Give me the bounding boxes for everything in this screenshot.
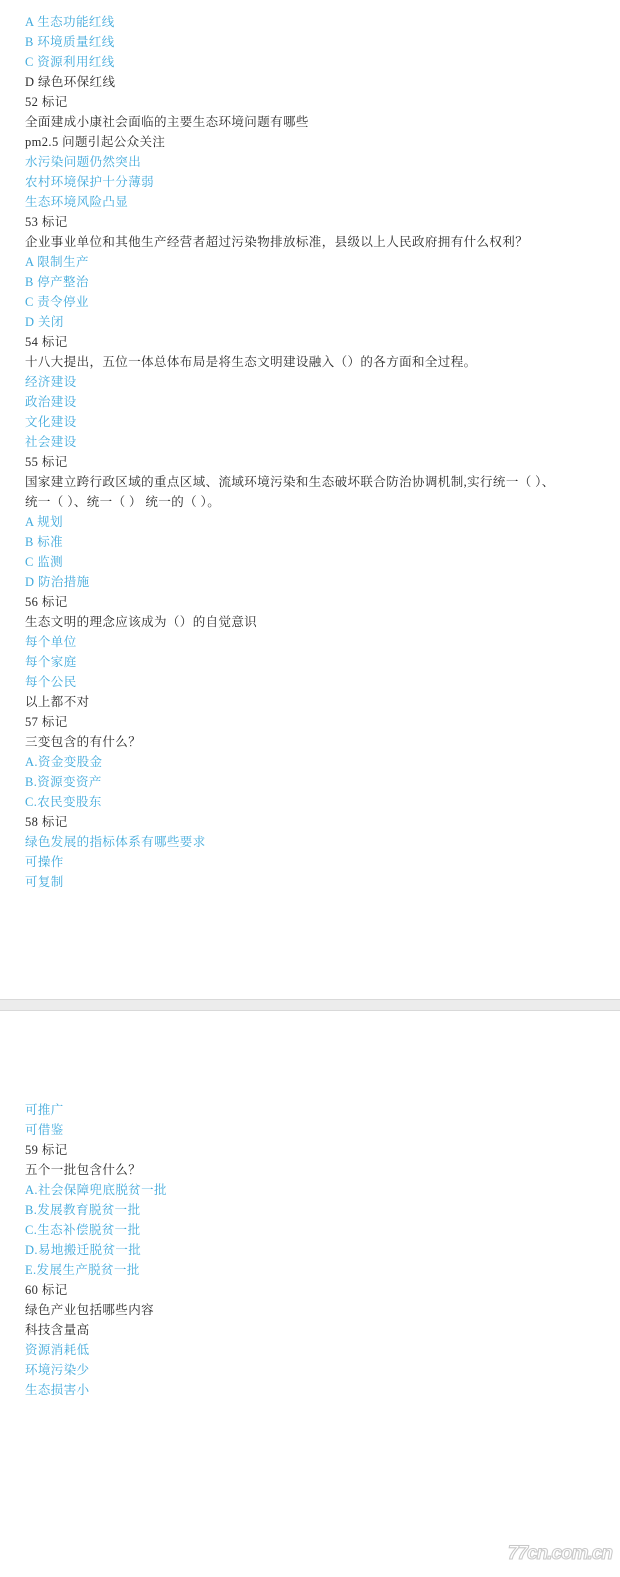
document-line: 社会建设 <box>0 432 620 452</box>
document-line: 每个家庭 <box>0 652 620 672</box>
document-line: 可复制 <box>0 872 620 892</box>
document-line: 52 标记 <box>0 92 620 112</box>
document-line: 五个一批包含什么？ <box>0 1160 620 1180</box>
document-line: 经济建设 <box>0 372 620 392</box>
document-line: C 监测 <box>0 552 620 572</box>
document-line: B 环境质量红线 <box>0 32 620 52</box>
document-line: 水污染问题仍然突出 <box>0 152 620 172</box>
document-line: C.生态补偿脱贫一批 <box>0 1220 620 1240</box>
page-1: 生态保护红线包括 A 生态功能红线B 环境质量红线C 资源利用红线D 绿色环保红… <box>0 0 620 999</box>
document-line: A 规划 <box>0 512 620 532</box>
document-line: 统一（ ）、统一（ ） 统一的（ ）。 <box>0 492 620 512</box>
document-line: C 责令停业 <box>0 292 620 312</box>
document-line: 59 标记 <box>0 1140 620 1160</box>
document-line: 生态损害小 <box>0 1380 620 1400</box>
document-line: 可推广 <box>0 1100 620 1120</box>
document-line: D 关闭 <box>0 312 620 332</box>
document-line: 政治建设 <box>0 392 620 412</box>
page-2: 可推广可借鉴59 标记五个一批包含什么？A.社会保障兜底脱贫一批B.发展教育脱贫… <box>0 1011 620 1577</box>
document-line: A.资金变股金 <box>0 752 620 772</box>
document-line: 十八大提出，五位一体总体布局是将生态文明建设融入（）的各方面和全过程。 <box>0 352 620 372</box>
document-line: 57 标记 <box>0 712 620 732</box>
document-line: 绿色产业包括哪些内容 <box>0 1300 620 1320</box>
document-line: 生态环境风险凸显 <box>0 192 620 212</box>
document-line: 国家建立跨行政区域的重点区域、流域环境污染和生态破坏联合防治协调机制,实行统一（… <box>0 472 620 492</box>
document-line: E.发展生产脱贫一批 <box>0 1260 620 1280</box>
line-container: 可推广可借鉴59 标记五个一批包含什么？A.社会保障兜底脱贫一批B.发展教育脱贫… <box>0 1011 620 1400</box>
document-line: 企业事业单位和其他生产经营者超过污染物排放标准，县级以上人民政府拥有什么权利？ <box>0 232 620 252</box>
document-line: 绿色发展的指标体系有哪些要求 <box>0 832 620 852</box>
document-line: 可借鉴 <box>0 1120 620 1140</box>
document-line: 三变包含的有什么？ <box>0 732 620 752</box>
document-line: 58 标记 <box>0 812 620 832</box>
document-line: 53 标记 <box>0 212 620 232</box>
document-line: pm2.5 问题引起公众关注 <box>0 132 620 152</box>
document-line: B.资源变资产 <box>0 772 620 792</box>
document-line: D 绿色环保红线 <box>0 72 620 92</box>
page-separator <box>0 999 620 1011</box>
document-line: 56 标记 <box>0 592 620 612</box>
document-line: B 停产整治 <box>0 272 620 292</box>
document-line: 55 标记 <box>0 452 620 472</box>
document-line: 以上都不对 <box>0 692 620 712</box>
document-line: 每个公民 <box>0 672 620 692</box>
document-line: 生态文明的理念应该成为（）的自觉意识 <box>0 612 620 632</box>
document-line: 农村环境保护十分薄弱 <box>0 172 620 192</box>
document-line: A 生态功能红线 <box>0 12 620 32</box>
document-line: 每个单位 <box>0 632 620 652</box>
document-line: B 标准 <box>0 532 620 552</box>
line-container: A 生态功能红线B 环境质量红线C 资源利用红线D 绿色环保红线52 标记全面建… <box>0 0 620 892</box>
document-line: 54 标记 <box>0 332 620 352</box>
document-line: A 限制生产 <box>0 252 620 272</box>
document-line: C 资源利用红线 <box>0 52 620 72</box>
document-line: 资源消耗低 <box>0 1340 620 1360</box>
document-line: D.易地搬迁脱贫一批 <box>0 1240 620 1260</box>
document-line: 环境污染少 <box>0 1360 620 1380</box>
document-line: 可操作 <box>0 852 620 872</box>
watermark-77cn: 77cn.com.cn <box>508 1543 612 1565</box>
document-line: 全面建成小康社会面临的主要生态环境问题有哪些 <box>0 112 620 132</box>
document-line: D 防治措施 <box>0 572 620 592</box>
document-line: 60 标记 <box>0 1280 620 1300</box>
document-line: 科技含量高 <box>0 1320 620 1340</box>
document-line: 文化建设 <box>0 412 620 432</box>
document-line: C.农民变股东 <box>0 792 620 812</box>
document-line: B.发展教育脱贫一批 <box>0 1200 620 1220</box>
document-line: A.社会保障兜底脱贫一批 <box>0 1180 620 1200</box>
